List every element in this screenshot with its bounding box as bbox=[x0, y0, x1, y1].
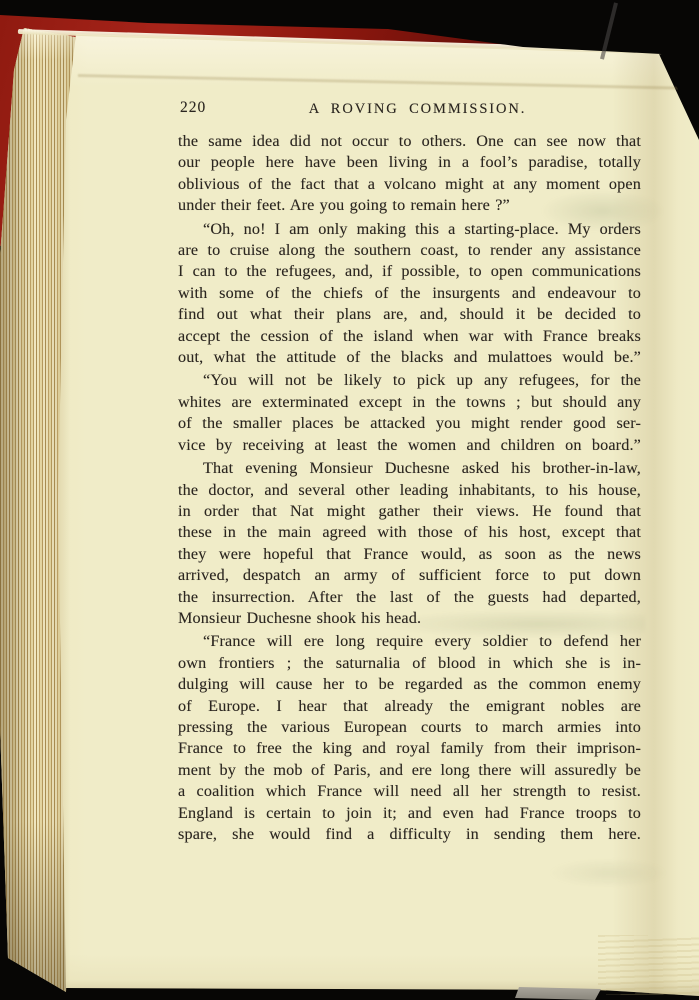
text-line: whites are exterminated except in the to… bbox=[178, 392, 641, 413]
text-line: ment by the mob of Paris, and ere long t… bbox=[178, 760, 641, 781]
text-line: are to cruise along the southern coast, … bbox=[178, 240, 641, 261]
text-line: a coalition which France will need all h… bbox=[178, 781, 641, 802]
text-line: of Europe. I hear that already the emigr… bbox=[178, 696, 641, 717]
printed-text-block: 220 A ROVING COMMISSION. the same idea d… bbox=[178, 99, 641, 859]
page-text: the same idea did not occur to others. O… bbox=[178, 131, 641, 845]
text-line: accept the cession of the island when wa… bbox=[178, 326, 641, 347]
text-line: vice by receiving at least the women and… bbox=[178, 435, 641, 456]
text-line: I can to the refugees, and, if possible,… bbox=[178, 261, 641, 282]
text-line: the doctor, and several other leading in… bbox=[178, 480, 641, 501]
text-line: out, what the attitude of the blacks and… bbox=[178, 347, 641, 368]
text-line: the same idea did not occur to others. O… bbox=[178, 131, 641, 152]
page-bottom-leaves bbox=[598, 935, 699, 995]
text-line: arrived, despatch an army of sufficient … bbox=[178, 565, 641, 586]
running-header-title: A ROVING COMMISSION. bbox=[178, 100, 641, 118]
text-line: under their feet. Are you going to remai… bbox=[178, 195, 641, 216]
text-line: the insurrection. After the last of the … bbox=[178, 587, 641, 608]
text-line: Monsieur Duchesne shook his head. bbox=[178, 608, 641, 629]
text-line: in order that Nat might gather their vie… bbox=[178, 501, 641, 522]
text-line: find out what their plans are, and, shou… bbox=[178, 304, 641, 325]
running-head: 220 A ROVING COMMISSION. bbox=[178, 99, 641, 117]
text-line: England is certain to join it; and even … bbox=[178, 803, 641, 824]
text-line: “France will ere long require every sold… bbox=[178, 631, 641, 652]
text-line: our people here have been living in a fo… bbox=[178, 152, 641, 173]
text-line: oblivious of the fact that a volcano mig… bbox=[178, 174, 641, 195]
text-line: dulging will cause her to be regarded as… bbox=[178, 674, 641, 695]
text-line: own frontiers ; the saturnalia of blood … bbox=[178, 653, 641, 674]
page-slip bbox=[515, 987, 601, 1000]
book-photo: 220 A ROVING COMMISSION. the same idea d… bbox=[0, 0, 699, 1000]
text-line: France to free the king and royal family… bbox=[178, 738, 641, 759]
text-line: “You will not be likely to pick up any r… bbox=[178, 370, 641, 391]
text-line: these in the main agreed with those of h… bbox=[178, 522, 641, 543]
text-line: spare, she would find a difficulty in se… bbox=[178, 824, 641, 845]
text-line: with some of the chiefs of the insurgent… bbox=[178, 283, 641, 304]
text-line: “Oh, no! I am only making this a startin… bbox=[178, 219, 641, 240]
text-line: pressing the various European courts to … bbox=[178, 717, 641, 738]
text-line: That evening Monsieur Duchesne asked his… bbox=[178, 458, 641, 479]
text-line: they were hopeful that France would, as … bbox=[178, 544, 641, 565]
text-line: of the smaller places be attacked you mi… bbox=[178, 413, 641, 434]
